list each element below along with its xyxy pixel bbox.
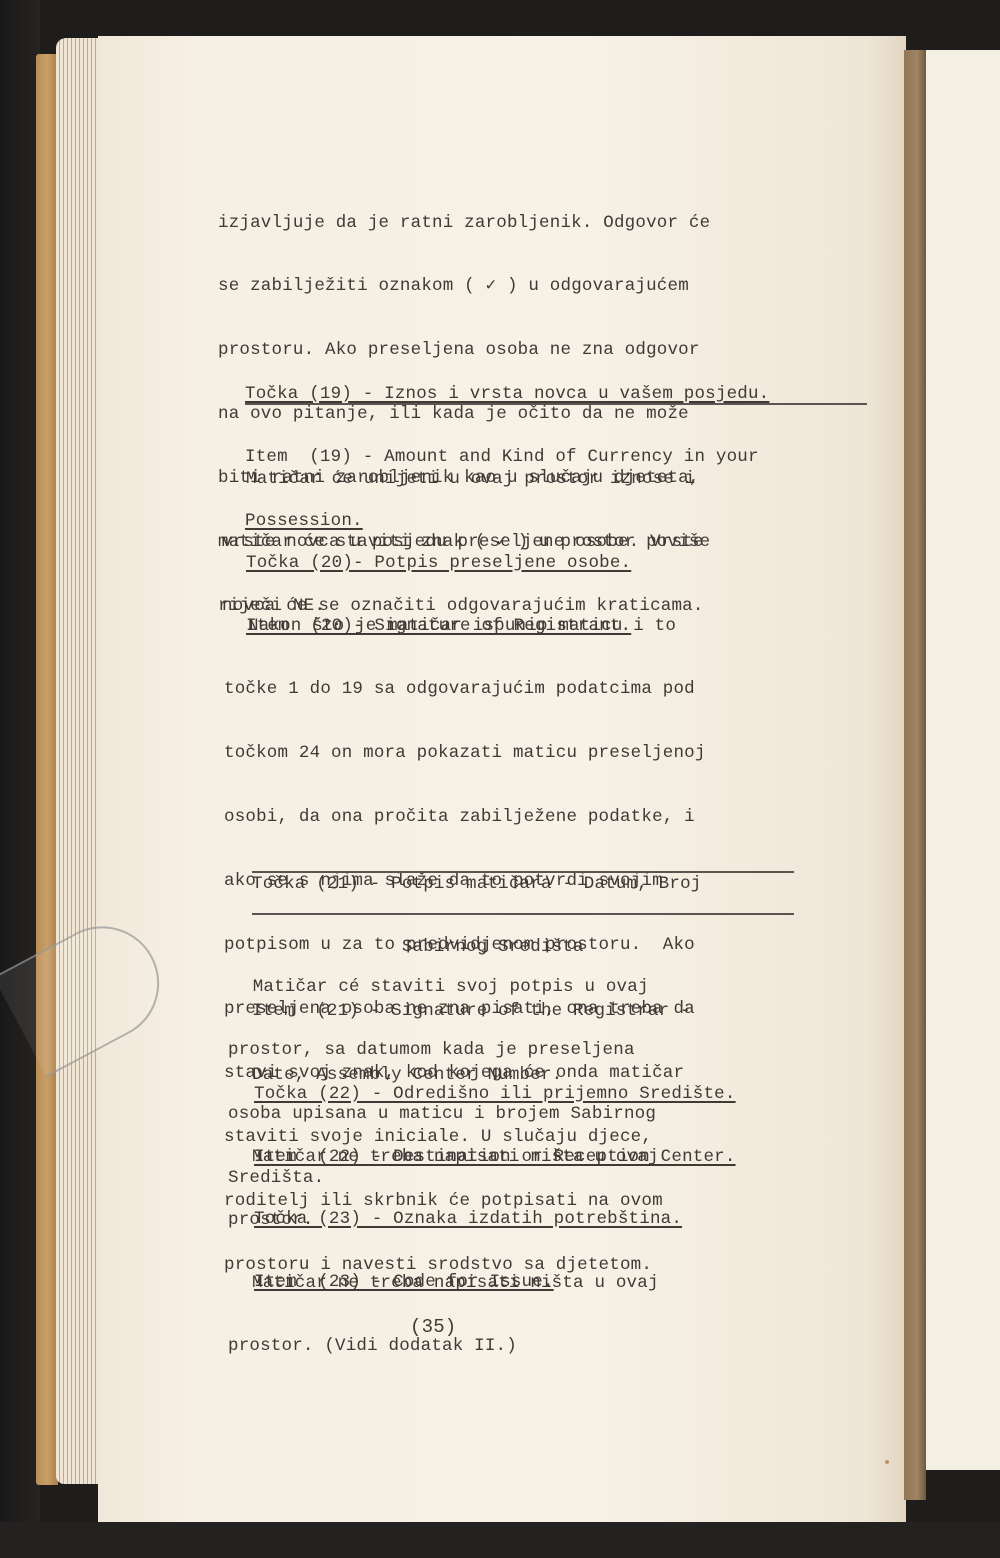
book-cover-edge: [36, 54, 58, 1485]
heading-croatian: Točka (21) - Potpis matičara - Datum, Br…: [252, 874, 701, 895]
text-line: Matičar ne treba napisati ništa u ovaj: [228, 1147, 659, 1168]
text-line: osobi, da ona pročita zabilježene podatk…: [224, 807, 706, 828]
text-line: prostor. (Vidi dodatak II.): [228, 1336, 659, 1357]
page-number: (35): [410, 1317, 456, 1338]
item-23-body: Matičar ne treba napisati ništa u ovaj p…: [228, 1230, 659, 1379]
heading-rule: [252, 913, 794, 915]
heading-rule: [245, 403, 867, 405]
book-gutter: [904, 50, 926, 1500]
heading-croatian: Točka (20)- Potpis preseljene osobe.: [246, 553, 631, 574]
facing-page: [926, 50, 1000, 1470]
backdrop-bottom: [0, 1522, 1000, 1558]
text-line: Matičar ne treba napisati ništa u ovaj: [228, 1273, 659, 1294]
page-stack-edges: [56, 38, 100, 1484]
text-line: točkom 24 on mora pokazati maticu presel…: [224, 743, 706, 764]
text-line: Matičar cé staviti svoj potpis u ovaj: [228, 977, 656, 998]
text-line: točke 1 do 19 sa odgovarajućim podatcima…: [224, 679, 706, 700]
heading-rule: [252, 871, 794, 873]
heading-croatian: Točka (19) - Iznos i vrsta novca u vašem…: [245, 384, 769, 405]
text-line: izjavljuje da je ratni zarobljenik. Odgo…: [218, 213, 710, 234]
backdrop: [0, 0, 40, 1558]
heading-croatian: Točka (22) - Odredišno ili prijemno Sred…: [254, 1084, 736, 1105]
heading-croatian: Točka (23) - Oznaka izdatih potrebština.: [254, 1209, 682, 1230]
text-line: se zabilježiti oznakom ( ✓ ) u odgovaraj…: [218, 276, 710, 297]
text-line: Nakon što je matičar ispunio maticu i to: [224, 616, 706, 637]
paper-stain: [885, 1460, 889, 1464]
text-line: Matičar će unijeti u ovaj prostor iznose…: [222, 469, 704, 490]
